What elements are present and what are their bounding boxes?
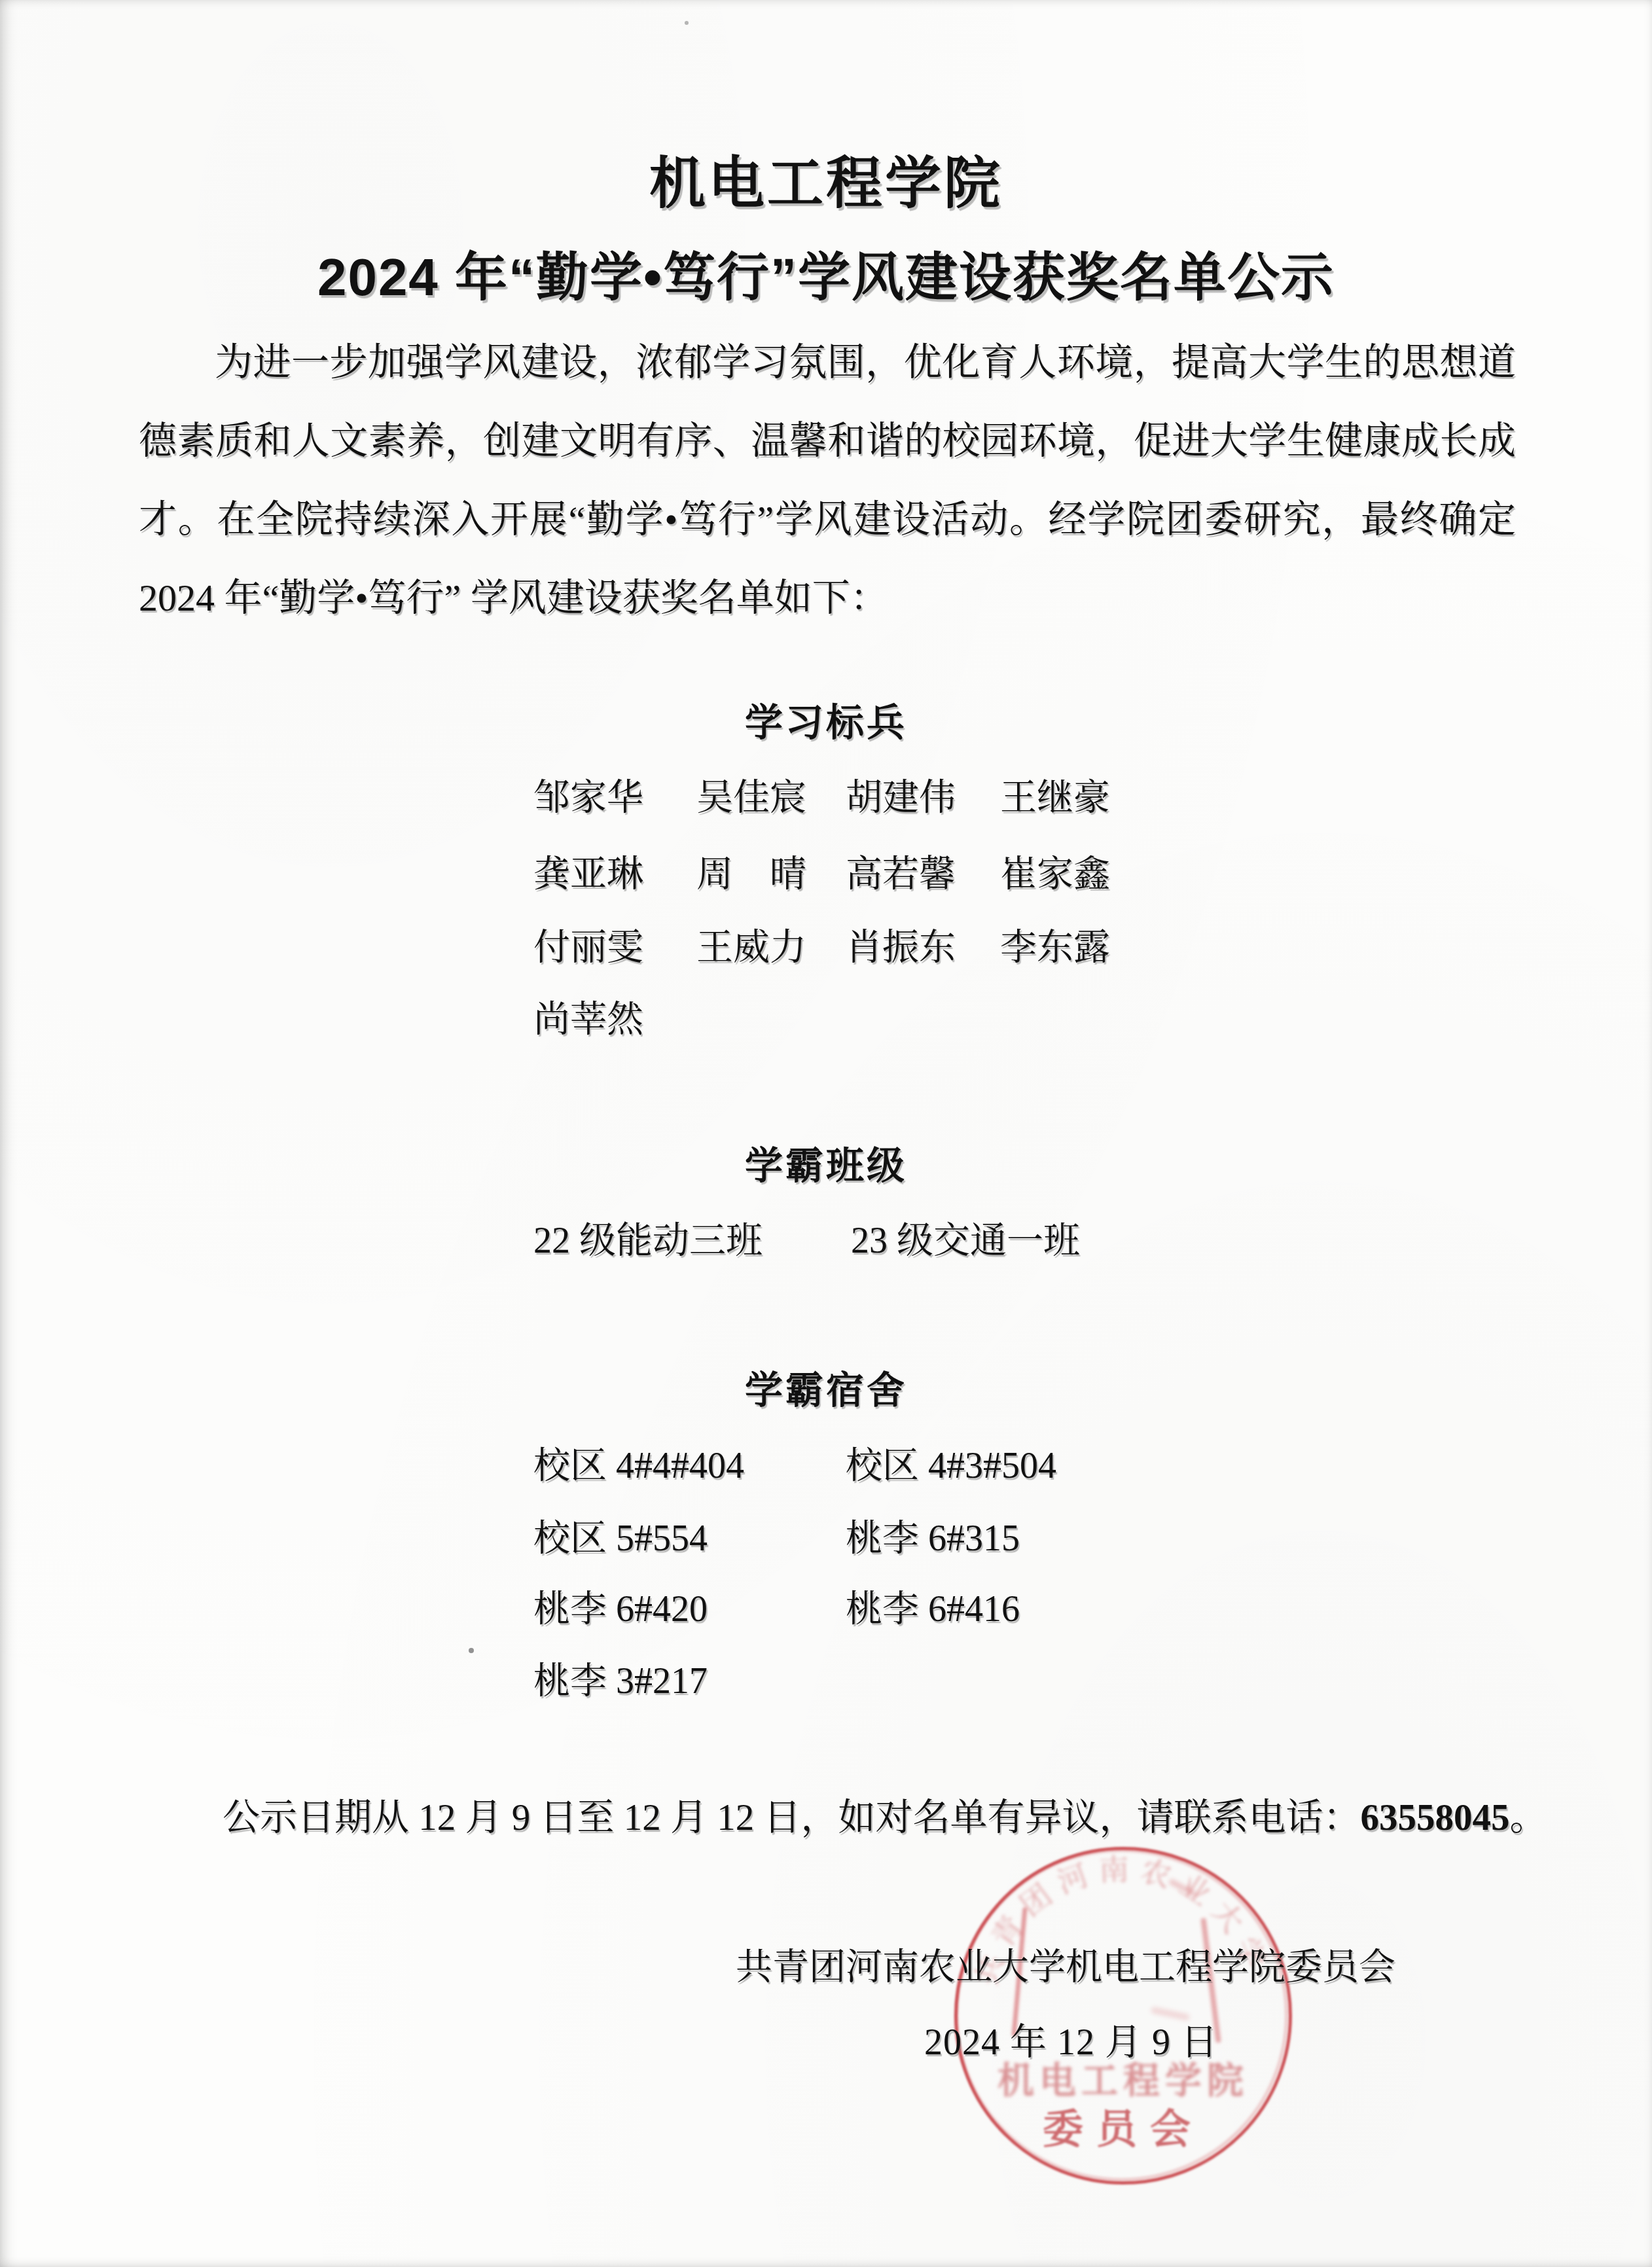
award-name: 周 晴 <box>696 855 806 893</box>
dorm-item: 校区 4#3#504 <box>846 1447 1056 1485</box>
award-names-row: 龚亚琳 周 晴 高若馨 崔家鑫 <box>533 855 1581 893</box>
award-names-row: 付丽雯 王威力 肖振东 李东露 <box>533 929 1581 967</box>
dorm-row: 桃李 6#420 桃李 6#416 <box>533 1590 1581 1628</box>
dorm-item: 桃李 3#217 <box>533 1662 708 1700</box>
dorm-item: 桃李 6#416 <box>846 1590 1020 1628</box>
signature-date: 2024 年 12 月 9 日 <box>924 2024 1218 2062</box>
award-names-row: 邹家华 吴佳宸 胡建伟 王继豪 <box>533 779 1581 817</box>
award-name: 胡建伟 <box>846 779 956 817</box>
page-subtitle: 2024 年“勤学•笃行”学风建设获奖名单公示 <box>0 251 1652 304</box>
section-heading-top-dorms: 学霸宿舍 <box>9 1372 1643 1410</box>
award-name: 尚莘然 <box>533 1001 643 1039</box>
award-name: 王继豪 <box>1000 779 1110 817</box>
award-name: 付丽雯 <box>533 929 643 967</box>
page-title: 机电工程学院 <box>0 156 1652 212</box>
award-name: 龚亚琳 <box>533 855 643 893</box>
section-heading-study-models: 学习标兵 <box>9 704 1643 742</box>
contact-phone-number: 63558045 <box>1361 1797 1510 1838</box>
publicity-notice-line: 公示日期从 12 月 9 日至 12 月 12 日，如对名单有异议，请联系电话：… <box>223 1799 1547 1837</box>
award-name: 王威力 <box>696 929 806 967</box>
award-name: 李东露 <box>1000 929 1110 967</box>
scan-speck <box>469 1648 474 1653</box>
section-heading-top-classes: 学霸班级 <box>9 1147 1643 1185</box>
class-item: 22 级能动三班 <box>533 1222 763 1260</box>
award-name: 崔家鑫 <box>1000 855 1110 893</box>
dorm-row: 桃李 3#217 <box>533 1662 1581 1700</box>
committee-signature: 共青团河南农业大学机电工程学院委员会 <box>736 1948 1395 1986</box>
dorm-item: 桃李 6#420 <box>533 1590 708 1628</box>
dorm-item: 校区 4#4#404 <box>533 1447 744 1485</box>
award-name: 肖振东 <box>846 929 956 967</box>
award-name: 吴佳宸 <box>696 779 806 817</box>
seal-college-text: 机电工程学院 <box>954 2062 1292 2100</box>
intro-paragraph: 为进一步加强学风建设，浓郁学习氛围，优化育人环境，提高大学生的思想道德素质和人文… <box>139 323 1516 637</box>
scan-speck <box>685 21 689 25</box>
dorm-row: 校区 4#4#404 校区 4#3#504 <box>533 1447 1581 1485</box>
seal-committee-text: 委员会 <box>954 2110 1292 2151</box>
class-row: 22 级能动三班 23 级交通一班 <box>533 1222 1581 1260</box>
class-item: 23 级交通一班 <box>851 1222 1080 1260</box>
dorm-item: 桃李 6#315 <box>846 1520 1020 1558</box>
scanned-announcement-page: 机电工程学院 2024 年“勤学•笃行”学风建设获奖名单公示 为进一步加强学风建… <box>0 0 1652 2267</box>
award-name: 邹家华 <box>533 779 643 817</box>
award-names-row: 尚莘然 <box>533 1001 1581 1039</box>
award-name: 高若馨 <box>846 855 956 893</box>
notice-period: 。 <box>1510 1797 1547 1838</box>
dorm-row: 校区 5#554 桃李 6#315 <box>533 1520 1581 1558</box>
dorm-item: 校区 5#554 <box>533 1520 708 1558</box>
notice-text: 公示日期从 12 月 9 日至 12 月 12 日，如对名单有异议，请联系电话： <box>223 1797 1361 1838</box>
official-red-seal-stamp: 共青团河南农业大学 机电工程学院 委员会 <box>954 1847 1292 2185</box>
